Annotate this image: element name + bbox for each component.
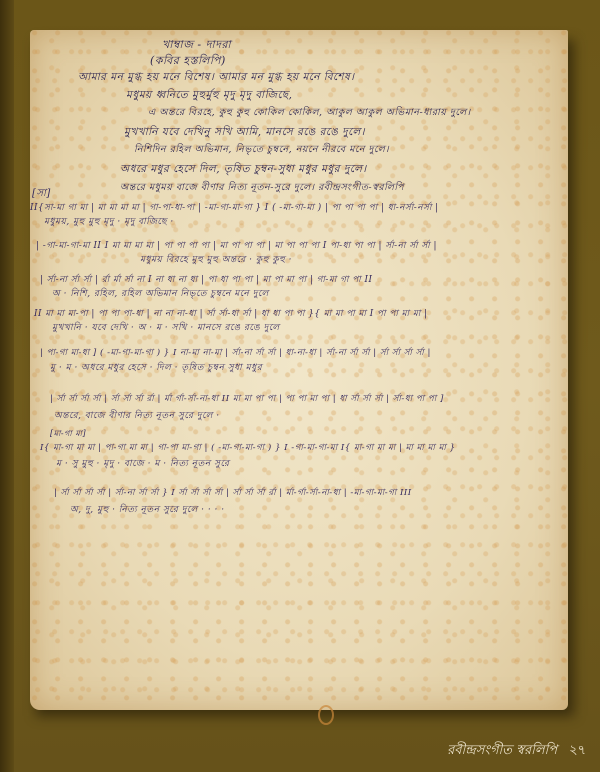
notation-lyric-line: মধুময়, মুহু মুহু মৃদু · মৃদু বাজিছে · <box>44 214 174 229</box>
lyric-line: অন্তরে মধুময় বাজে বীণার নিত্য নূতন-সুরে… <box>120 181 404 196</box>
notation-swara-line: | র্সা র্সা র্সা র্সা | র্সা-না র্সা র্স… <box>54 486 412 500</box>
page-number: ২৭ <box>569 743 586 758</box>
manuscript-note: (কবির হস্তলিপি) <box>150 52 226 71</box>
notation-lyric-line: মু · ম · অধরে মধুর হেসে · দিল · তৃষিত চু… <box>50 360 262 375</box>
page-caption: রবীন্দ্রসংগীত স্বরলিপি২৭ <box>447 741 586 762</box>
caption-title: রবীন্দ্রসংগীত স্বরলিপি <box>447 743 557 758</box>
notation-swara-line: | পা-গা মা-ধা ] ( -মা-গা-মা-গা ) } I না-… <box>40 346 431 360</box>
lyric-line: আমার মন মুগ্ধ হয় মনে বিশেষ। আমার মন মুগ… <box>78 70 355 87</box>
notation-swara-line: | র্সা-না র্সা র্সা | র্রা র্মা র্সা না … <box>40 272 372 287</box>
lyric-line: অধরে মধুর হেসে দিল, তৃষিত চুম্বন-সুধা মধ… <box>120 162 367 179</box>
lyric-line: এ অন্তরে বিরহে, কুহু কুহু কোকিল কোকিল, আ… <box>148 106 471 121</box>
notation-swara-line: | র্সা র্সা র্সা র্সা | র্সা র্সা র্সা র… <box>50 392 444 406</box>
lyric-line: নিশিদিন রহিল অভিমান, নিভৃতে চুম্বনে, নয়… <box>134 143 389 158</box>
notation-swara-line: | -গা-মা-গা-মা II I মা মা মা মা | পা পা … <box>36 238 437 253</box>
lyric-line: মধুময় ধ্বনিতে মুহুর্মুহু মৃদু মৃদু বাজি… <box>126 88 292 105</box>
notation-lyric-line: অন্তরে, বাজে বীণার নিত্য নূতন সুরে দুলে … <box>54 408 220 423</box>
notation-lyric-line: অ, দু, মুহু · নিত্য নূতন সুরে দুলে · · ·… <box>70 502 225 517</box>
manuscript-page: খাম্বাজ - দাদরা (কবির হস্তলিপি) আমার মন … <box>30 30 568 710</box>
notation-swara-line: II{সা-মা গা মা | মা মা মা মা | গা-পা-ধা-… <box>30 200 439 215</box>
notation-lyric-line: মধুময় বিরহে মুহু মুহু অন্তরে · কুহু কুহ… <box>140 252 292 267</box>
paper-stain <box>318 705 334 725</box>
notation-marker: [মা-গা মা] <box>50 428 86 441</box>
notation-lyric-line: অ · নিশি, রহিল, রহিল অভিমান নিভৃতে চুম্ব… <box>52 286 269 301</box>
lyric-line: মুখখানি যবে দেখিনু সখি আমি, মানসে রঙে রঙ… <box>124 125 365 142</box>
notation-lyric-line: ম · সু মুহু · মৃদু · বাজে · ম · নিত্য নূ… <box>56 456 230 471</box>
notation-lyric-line: মুখখানি · যবে দেখি · অ · ম · সখি · মানসে… <box>52 320 280 335</box>
notation-swara-line: II মা মা মা-পা | পা পা পা-ধা | না না না-… <box>34 306 428 321</box>
book-spine-edge <box>0 0 14 772</box>
notation-swara-line: I{ মা-গা মা মা | পা-গা মা মা | গা-পা মা-… <box>40 441 456 455</box>
